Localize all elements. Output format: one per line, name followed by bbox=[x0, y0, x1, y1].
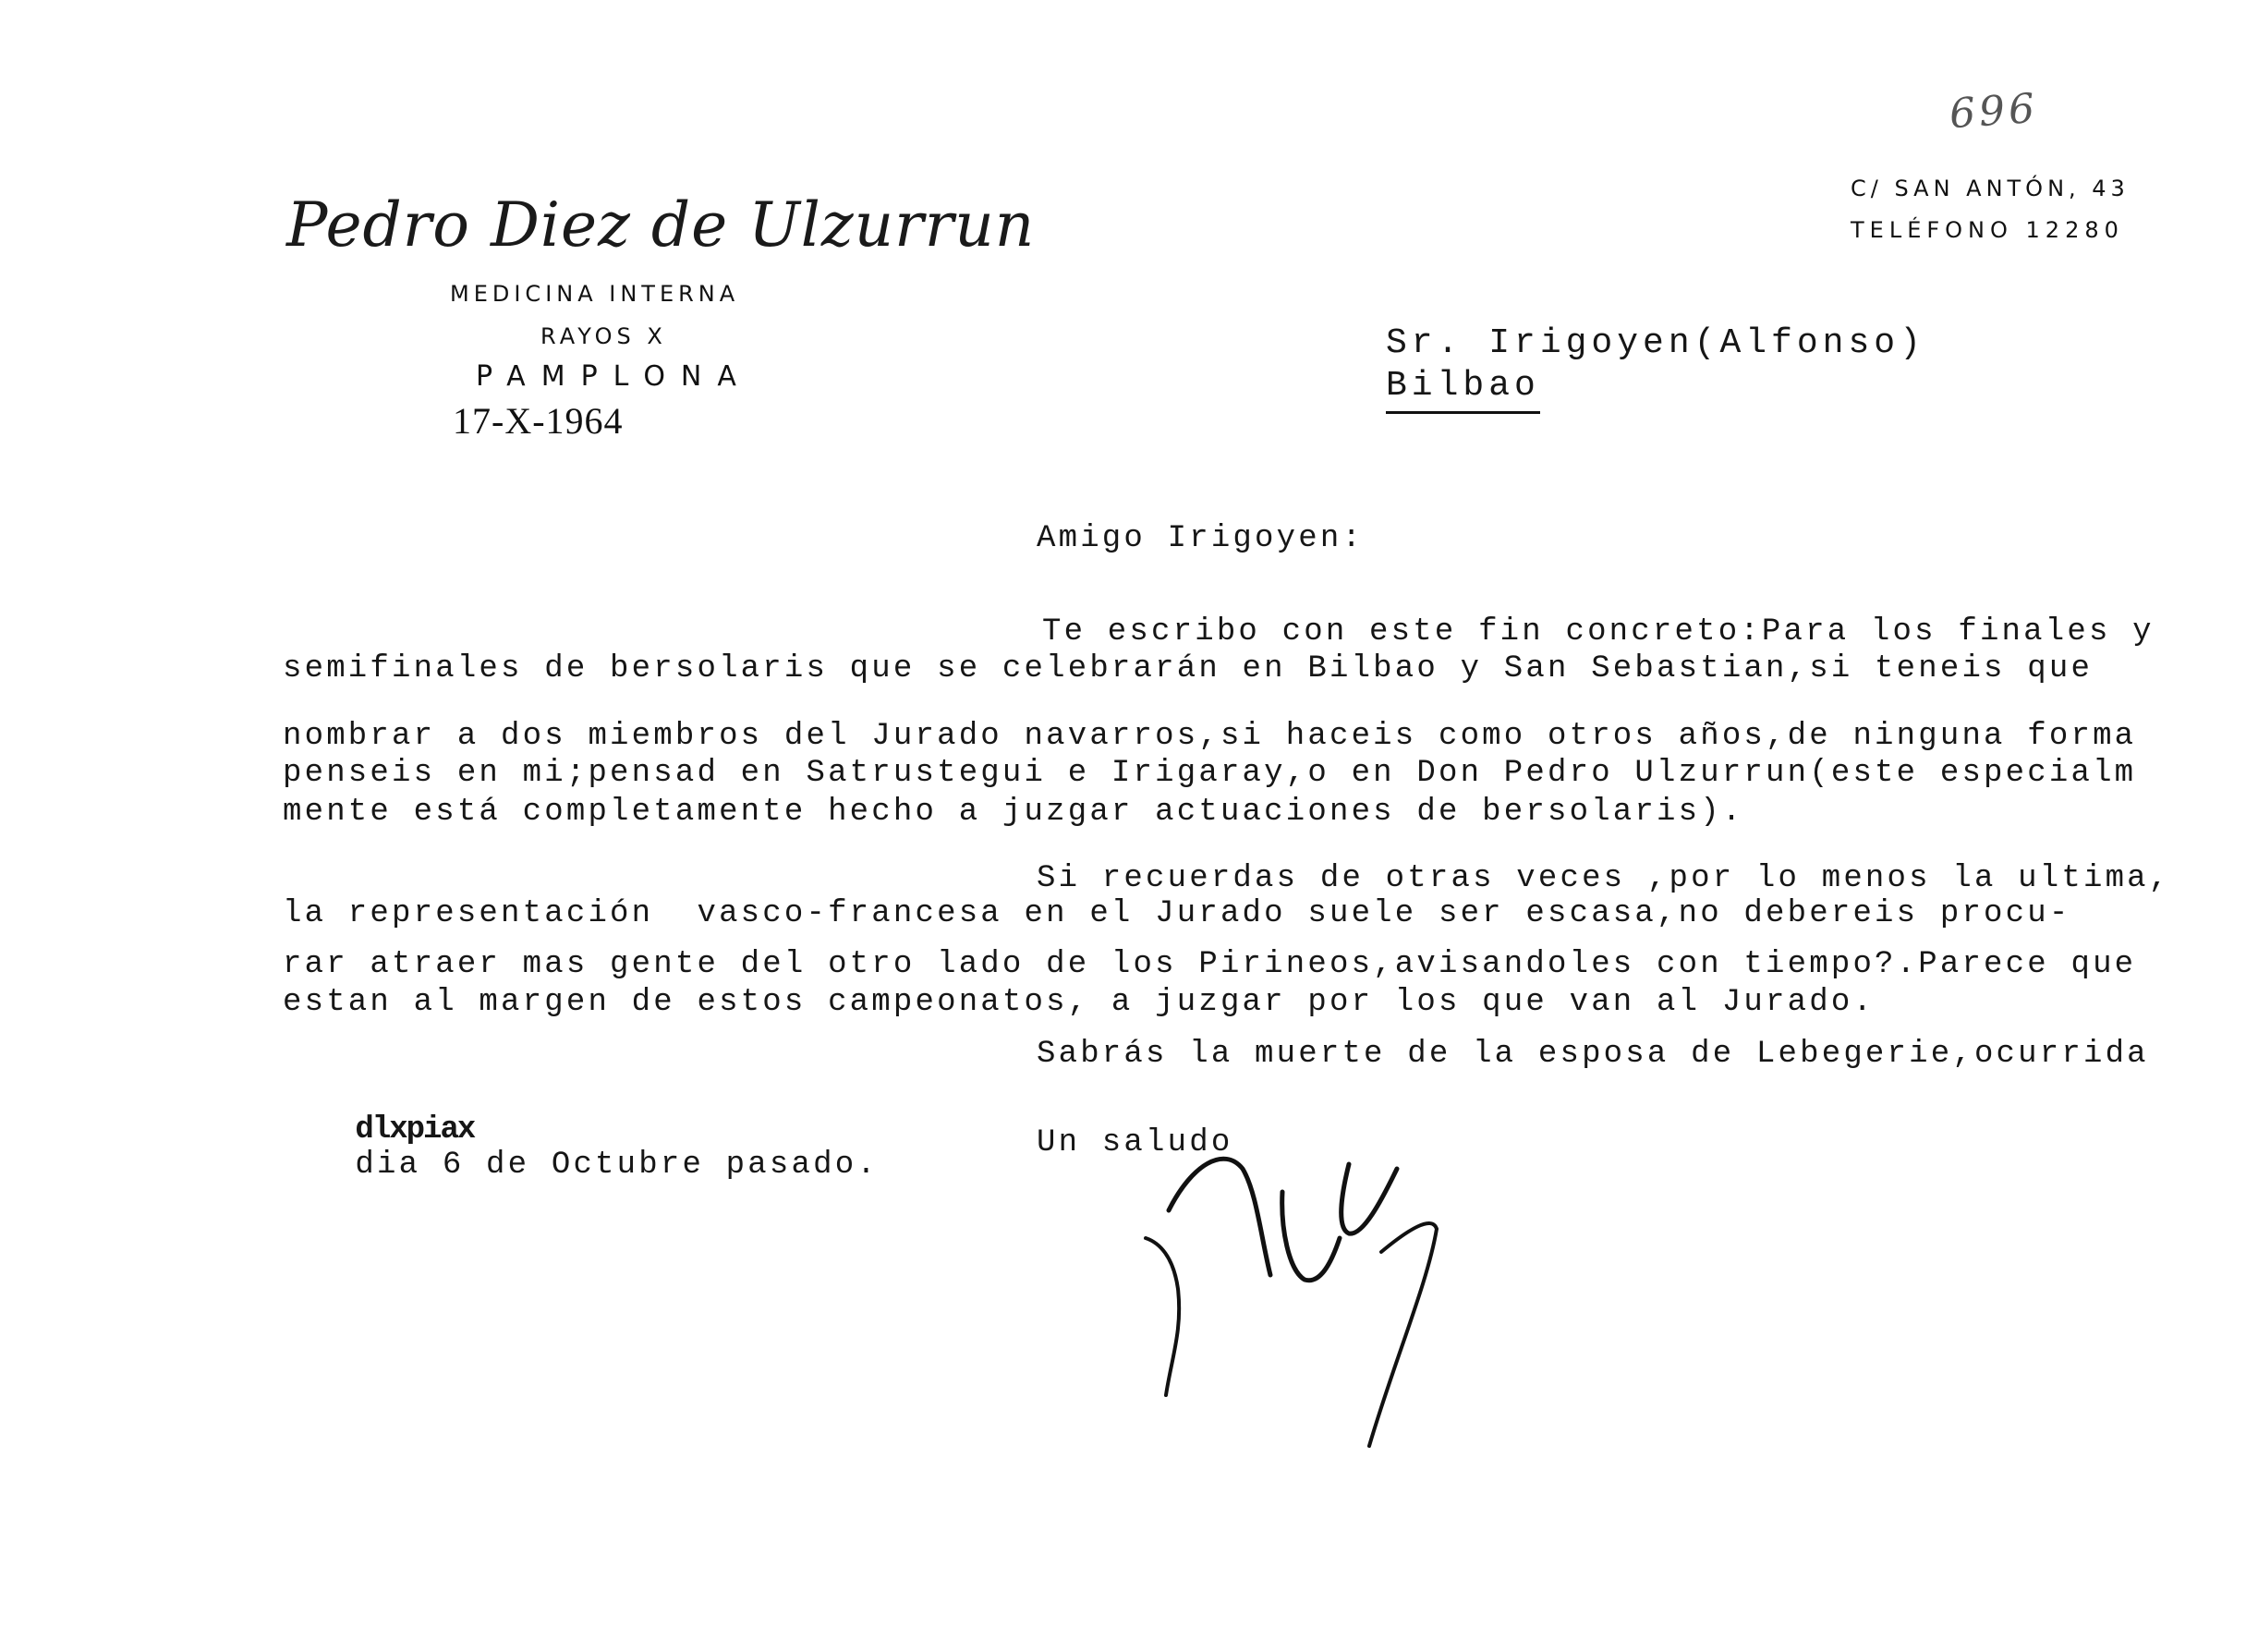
body-line: la representación vasco-francesa en el J… bbox=[283, 896, 2070, 931]
letter-date: 17-X-1964 bbox=[453, 399, 624, 443]
body-line: estan al margen de estos campeonatos, a … bbox=[283, 985, 1875, 1020]
signature-icon bbox=[1062, 1127, 1451, 1460]
body-line: Te escribo con este fin concreto:Para lo… bbox=[1042, 614, 2155, 650]
body-line: Sabrás la muerte de la esposa de Lebeger… bbox=[1037, 1037, 2149, 1072]
body-line: penseis en mi;pensad en Satrustegui e Ir… bbox=[283, 756, 2136, 791]
body-line: nombrar a dos miembros del Jurado navarr… bbox=[283, 719, 2136, 754]
recipient-name: Sr. Irigoyen(Alfonso) bbox=[1386, 323, 1925, 363]
letterhead-specialty: MEDICINA INTERNA bbox=[450, 281, 739, 307]
letterhead-service: RAYOS X bbox=[540, 323, 667, 349]
body-line: semifinales de bersolaris que se celebra… bbox=[283, 651, 2093, 686]
body-line: rar atraer mas gente del otro lado de lo… bbox=[283, 947, 2136, 982]
body-line-last: dlxpiax dia 6 de Octubre pasado. bbox=[268, 1077, 879, 1218]
body-line-text: dia 6 de Octubre pasado. bbox=[355, 1148, 878, 1183]
letterhead-city: PAMPLONA bbox=[476, 360, 752, 393]
letterhead-phone: TELÉFONO 12280 bbox=[1851, 217, 2124, 243]
letterhead-address: C/ SAN ANTÓN, 43 bbox=[1851, 176, 2130, 201]
struck-out-text: dlxpiax bbox=[355, 1112, 474, 1148]
recipient-city: Bilbao bbox=[1386, 366, 1540, 414]
letterhead-name: Pedro Diez de Ulzurrun bbox=[286, 189, 1035, 261]
salutation: Amigo Irigoyen: bbox=[1037, 521, 1364, 556]
archive-number: 696 bbox=[1948, 85, 2039, 139]
body-line: mente está completamente hecho a juzgar … bbox=[283, 795, 1743, 830]
body-line: Si recuerdas de otras veces ,por lo meno… bbox=[1037, 861, 2170, 896]
letter-page: 696 Pedro Diez de Ulzurrun MEDICINA INTE… bbox=[0, 0, 2246, 1652]
